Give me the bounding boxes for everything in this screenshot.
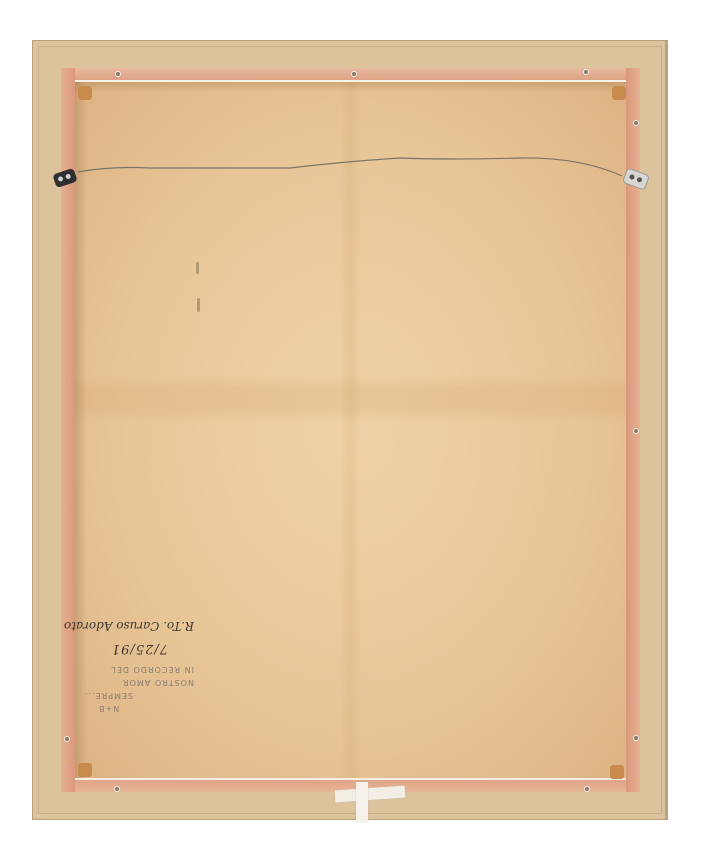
inscription-initials: N+B bbox=[84, 702, 194, 715]
inscription-line-3: IN RECORDO DEL bbox=[84, 663, 194, 676]
hanging-wire bbox=[0, 0, 702, 862]
inscription-date: 7/25/91 bbox=[84, 642, 194, 655]
inscription-line-1: SEMPRE... bbox=[84, 689, 194, 702]
masking-tape-vertical bbox=[356, 782, 368, 822]
inscription-signature: R.To. Caruso Adorato bbox=[84, 619, 194, 632]
inscription-line-2: NOSTRO AMOR bbox=[84, 676, 194, 689]
handwritten-inscription: N+B SEMPRE... NOSTRO AMOR IN RECORDO DEL… bbox=[84, 565, 194, 715]
